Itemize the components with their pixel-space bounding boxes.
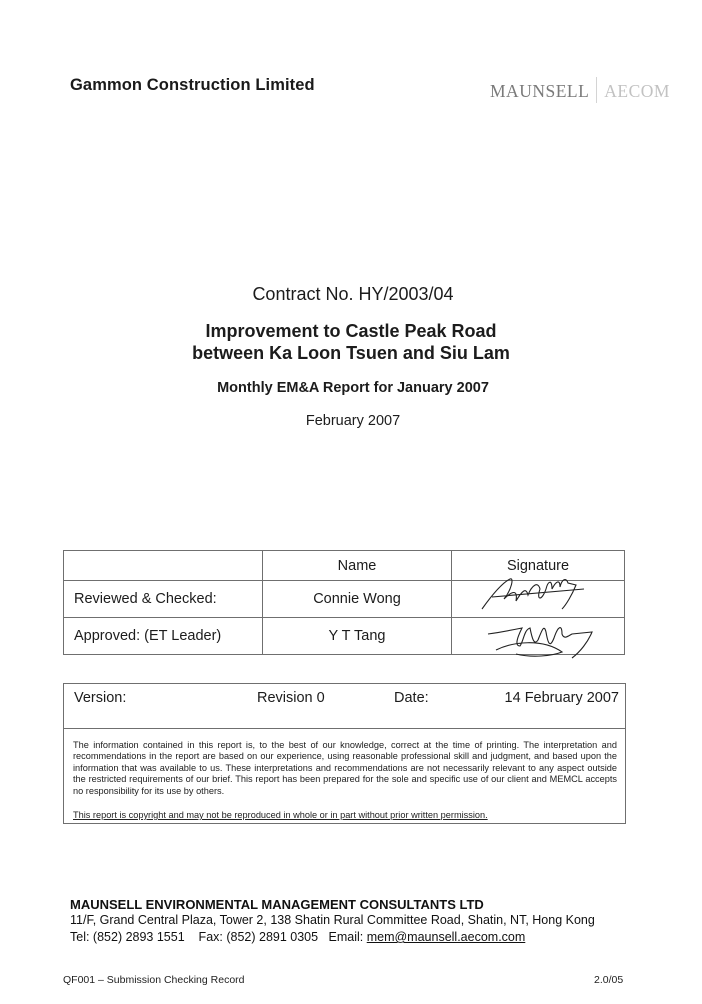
header-cell-name: Name (263, 551, 452, 581)
consultant-contact: Tel: (852) 2893 1551 Fax: (852) 2891 030… (70, 930, 525, 944)
name-cell: Connie Wong (263, 581, 452, 618)
name-cell: Y T Tang (263, 618, 452, 655)
consultant-address: 11/F, Grand Central Plaza, Tower 2, 138 … (70, 913, 595, 927)
logo-secondary: AECOM (604, 81, 670, 101)
version-box: Version: Revision 0 Date: 14 February 20… (63, 683, 626, 824)
signature-cell (452, 618, 625, 655)
disclaimer-text: The information contained in this report… (73, 740, 617, 797)
project-title-line-2: between Ka Loon Tsuen and Siu Lam (0, 343, 702, 364)
logo-primary: MAUNSELL (490, 81, 589, 101)
contract-number: Contract No. HY/2003/04 (2, 284, 702, 305)
signature-approver-icon (452, 612, 636, 662)
client-company-name: Gammon Construction Limited (70, 76, 315, 95)
date-value: 14 February 2007 (505, 690, 619, 706)
role-cell: Reviewed & Checked: (64, 581, 263, 618)
copyright-notice: This report is copyright and may not be … (73, 810, 488, 820)
table-row: Approved: (ET Leader) Y T Tang (64, 618, 625, 655)
issue-date: February 2007 (2, 413, 702, 429)
role-cell: Approved: (ET Leader) (64, 618, 263, 655)
version-value: Revision 0 (257, 690, 325, 706)
email-link[interactable]: mem@maunsell.aecom.com (367, 930, 526, 944)
maunsell-aecom-logo: MAUNSELLAECOM (490, 77, 670, 103)
report-title: Monthly EM&A Report for January 2007 (2, 380, 702, 396)
contact-details: Tel: (852) 2893 1551 Fax: (852) 2891 030… (70, 930, 367, 944)
project-title-line-1: Improvement to Castle Peak Road (0, 321, 702, 342)
form-revision: 2.0/05 (594, 974, 623, 986)
date-label: Date: (394, 690, 429, 706)
version-row: Version: Revision 0 Date: 14 February 20… (64, 684, 625, 729)
header-cell-role (64, 551, 263, 581)
signoff-table: Name Signature Reviewed & Checked: Conni… (63, 550, 625, 655)
consultant-name: MAUNSELL ENVIRONMENTAL MANAGEMENT CONSUL… (70, 897, 484, 912)
version-label: Version: (74, 690, 126, 706)
logo-divider (596, 77, 597, 103)
signature-reviewer-icon (452, 575, 636, 615)
form-reference: QF001 – Submission Checking Record (63, 974, 245, 986)
